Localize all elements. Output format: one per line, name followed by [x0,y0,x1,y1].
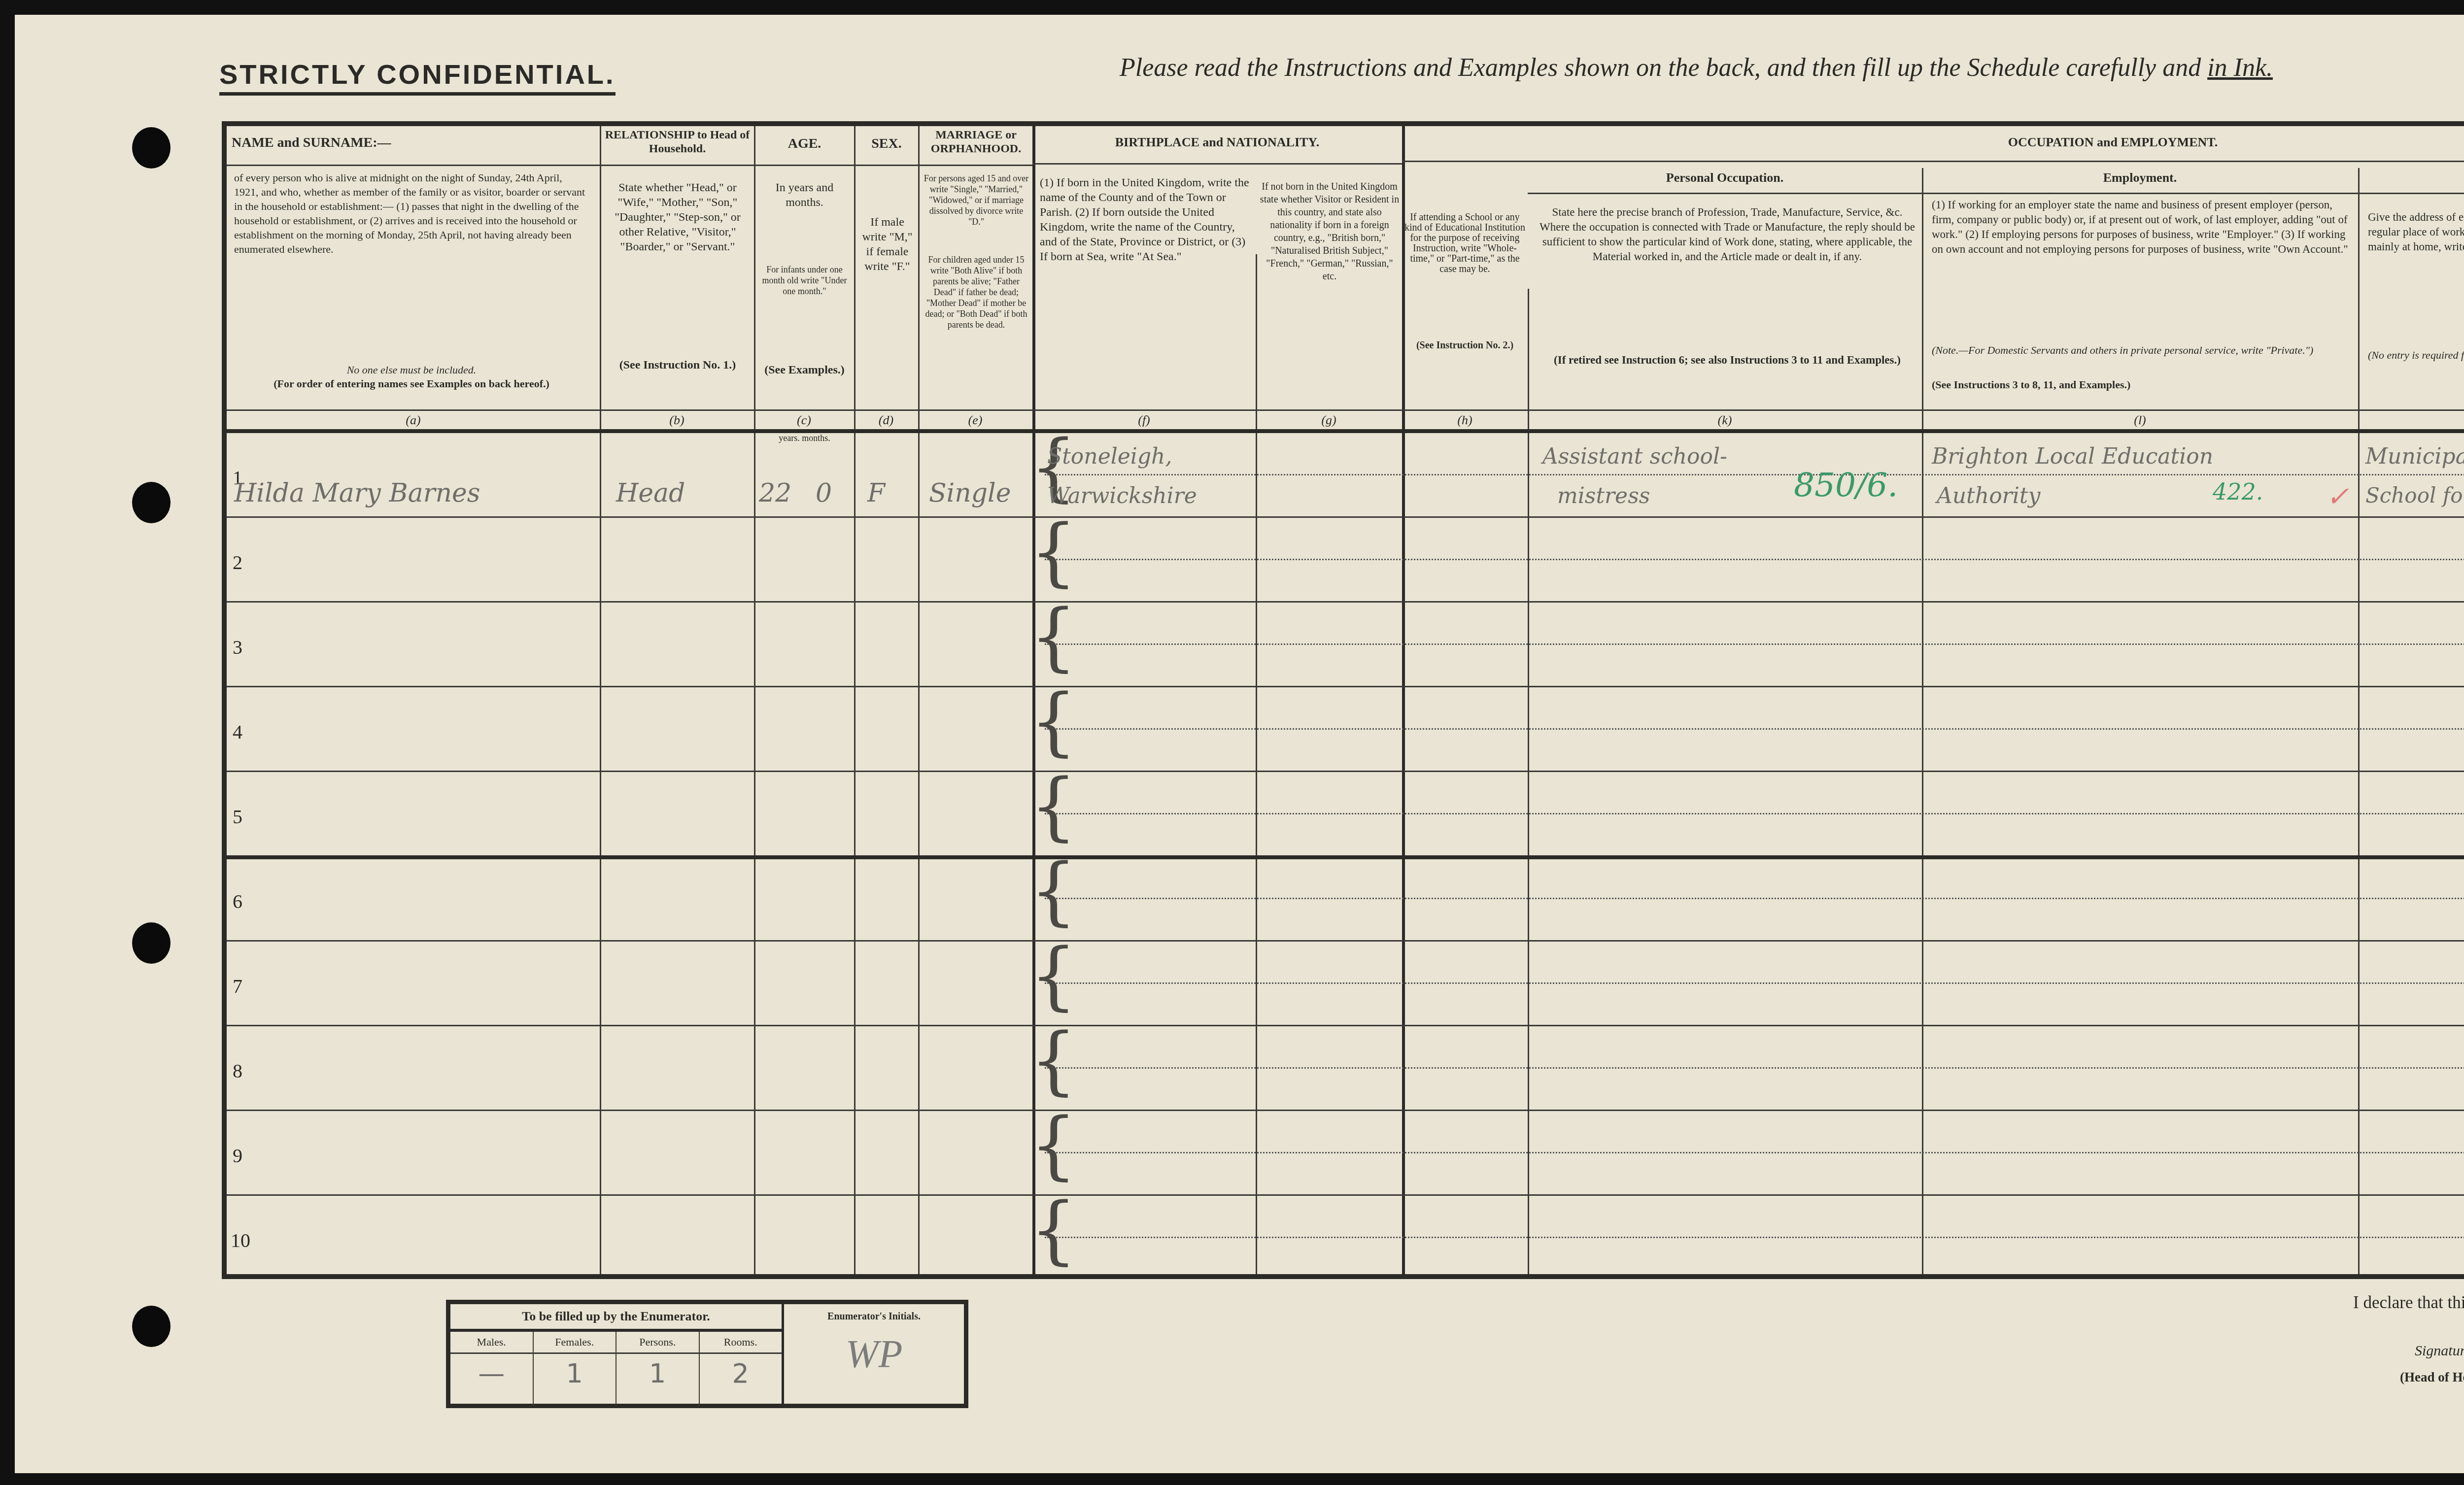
col-b-note: (See Instruction No. 1.) [606,358,749,372]
brace-mark: { [1030,1024,1077,1098]
person-marriage[interactable]: Single [929,478,1011,508]
col-k-text: State here the precise branch of Profess… [1538,205,1917,264]
punch-hole [132,127,171,169]
row-number: 2 [233,551,242,574]
workplace-line-2[interactable]: School for Girls, Brighton [2365,483,2464,507]
col-c-note: (See Examples.) [759,363,850,377]
col-a-title: NAME and SURNAME:— [232,135,429,151]
col-divider [754,126,755,1274]
months-label: months. [802,433,830,443]
occupation-title: OCCUPATION and EMPLOYMENT. [1528,135,2464,150]
row-midline [1045,898,2464,899]
col-l-title: Employment. [1924,170,2356,185]
punch-hole [132,1306,171,1347]
col-letter-e: (e) [918,413,1032,428]
col-g-text: If not born in the United Kingdom state … [1258,180,1401,283]
header-rule [227,165,1032,166]
employer-line-1[interactable]: Brighton Local Education [1932,444,2213,469]
col-h-note: (See Instruction No. 2.) [1404,338,1525,353]
col-letter-c: (c) [754,413,854,428]
brace-mark: { [1030,600,1077,674]
col-e-text: For persons aged 15 and over write "Sing… [922,173,1031,227]
brace-mark: { [1030,854,1077,928]
brace-mark: { [1030,685,1077,759]
col-letter-h: (h) [1402,413,1528,428]
row-midline [1045,728,2464,730]
males-value: — [450,1354,533,1389]
enumerator-initials-field[interactable]: Enumerator's Initials. WP [784,1304,964,1404]
col-d-title: SEX. [856,136,917,152]
row-number: 6 [233,890,242,913]
check-mark-icon: ✓ [2326,481,2349,513]
males-field[interactable]: Males.— [450,1332,534,1406]
instruction-line: Please read the Instructions and Example… [1120,53,2273,82]
row-number: 4 [233,720,242,743]
person-relationship[interactable]: Head [616,478,685,508]
col-l-text: (1) If working for an employer state the… [1932,198,2351,257]
row-midline [1045,1152,2464,1153]
confidential-heading: STRICTLY CONFIDENTIAL. [219,58,616,96]
row-rule [227,1110,2464,1111]
col-letter-l: (l) [1922,413,2358,428]
years-label: years. [779,433,799,443]
workplace-line-1[interactable]: Municipal Secondary [2365,444,2464,469]
signature-label: Signature [2415,1343,2464,1359]
brace-mark: { [1030,939,1077,1013]
col-letter-b: (b) [600,413,754,428]
occupation-line-2[interactable]: mistress [1557,483,1650,508]
row-rule [227,940,2464,942]
persons-field[interactable]: Persons.1 [616,1332,700,1406]
rooms-field[interactable]: Rooms.2 [700,1332,782,1406]
col-divider [1402,126,1405,1274]
col-divider [1256,254,1257,1274]
header-rule [227,409,2464,411]
col-c-text2: For infants under one month old write "U… [759,264,850,297]
punch-hole [132,482,171,523]
brace-mark: { [1030,770,1077,844]
row-number: 10 [231,1229,250,1252]
col-m-title: Place of Work. [2361,170,2464,185]
col-divider [854,126,856,1274]
row-rule [227,601,2464,603]
col-e-text2: For children aged under 15 write "Both A… [922,254,1031,330]
instruction-text: Please read the Instructions and Example… [1120,54,2207,82]
col-letter-d: (d) [854,413,918,428]
birthplace-line-1[interactable]: Stoneleigh, [1047,444,1172,469]
males-label: Males. [450,1332,533,1354]
row-midline [1045,474,2464,475]
employer-code: 422. [2213,478,2263,505]
col-c-text: In years and months. [759,180,850,210]
row-number: 7 [233,975,242,998]
col-f-text: (1) If born in the United Kingdom, write… [1040,175,1252,264]
row-number: 5 [233,805,242,828]
brace-mark: { [1030,1109,1077,1182]
header-rule [1528,193,2464,194]
person-age-months[interactable]: 0 [816,478,832,508]
row-midline [1045,1067,2464,1069]
col-h-text: If attending a School or any kind of Edu… [1404,212,1525,274]
enumerator-counts-box: To be filled up by the Enumerator. Males… [446,1300,968,1408]
occupation-code: 850/6. [1794,466,1898,504]
row-rule [227,1194,2464,1196]
header-rule [1402,161,2464,162]
row-midline [1045,559,2464,560]
punch-hole [132,922,171,964]
row-midline [1045,643,2464,645]
person-sex[interactable]: F [867,478,885,508]
col-divider [2358,168,2360,1274]
col-e-title: MARRIAGE or ORPHANHOOD. [921,128,1031,156]
col-b-title: RELATIONSHIP to Head of Household. [602,128,753,156]
col-letter-a: (a) [227,413,600,428]
person-name[interactable]: Hilda Mary Barnes [234,478,480,508]
col-k-title: Personal Occupation. [1530,170,1919,185]
row-midline [1045,1237,2464,1238]
initials-value: WP [784,1322,964,1377]
row-number: 3 [233,636,242,659]
header-bottom-rule [227,429,2464,433]
col-a-note: No one else must be included. [234,363,589,377]
col-divider [1922,168,1923,1274]
col-letter-m: (m) [2358,413,2464,428]
col-a-note2: (For order of entering names see Example… [234,377,589,390]
birthplace-title: BIRTHPLACE and NATIONALITY. [1035,135,1400,150]
col-d-text: If male write "M," if female write "F." [859,215,916,274]
brace-mark: { [1030,515,1077,589]
col-k-note: (If retired see Instruction 6; see also … [1538,353,1917,368]
col-c-title: AGE. [756,136,853,152]
col-divider [1528,289,1529,1274]
col-letter-g: (g) [1256,413,1402,428]
col-divider [918,126,920,1274]
row-rule [227,686,2464,687]
person-age-years[interactable]: 22 [759,478,791,508]
row-rule-thick [227,855,2464,859]
row-rule [227,1025,2464,1026]
header-rule [1032,163,1402,165]
rooms-label: Rooms. [700,1332,782,1354]
employer-line-2[interactable]: Authority [1937,483,2040,508]
row-number: 9 [233,1144,242,1167]
rooms-value: 2 [700,1354,782,1389]
col-letter-k: (k) [1528,413,1922,428]
occupation-line-1[interactable]: Assistant school- [1542,444,1727,469]
signature-note: (Head of Household, Manager of Establish… [2400,1370,2464,1385]
col-m-text: Give the address of each person's place … [2368,210,2464,254]
row-midline [1045,813,2464,814]
birthplace-line-2[interactable]: Warwickshire [1047,483,1197,508]
col-l-text2: (Note.—For Domestic Servants and others … [1932,343,2351,358]
row-number: 8 [233,1059,242,1082]
col-m-note: (No entry is required for any person who… [2368,348,2464,363]
brace-mark: { [1030,1193,1077,1267]
in-ink-text: in Ink. [2207,54,2273,82]
age-subheader: years. months. [756,431,853,445]
row-rule [227,516,2464,518]
enumerator-counts-title: To be filled up by the Enumerator. [450,1304,782,1332]
females-value: 1 [534,1354,616,1389]
row-midline [1045,982,2464,984]
declaration-text: I declare that this Schedule is correctl… [2353,1293,2464,1313]
row-rule [227,771,2464,772]
col-a-text: of every person who is alive at midnight… [234,170,589,256]
initials-label: Enumerator's Initials. [784,1304,964,1322]
household-table: NAME and SURNAME:— of every person who i… [222,121,2464,1279]
females-label: Females. [534,1332,616,1354]
col-b-text: State whether "Head," or "Wife," "Mother… [606,180,749,254]
persons-label: Persons. [616,1332,699,1354]
females-field[interactable]: Females.1 [534,1332,617,1406]
persons-value: 1 [616,1354,699,1389]
col-l-note: (See Instructions 3 to 8, 11, and Exampl… [1932,377,2351,392]
col-divider [600,126,601,1274]
